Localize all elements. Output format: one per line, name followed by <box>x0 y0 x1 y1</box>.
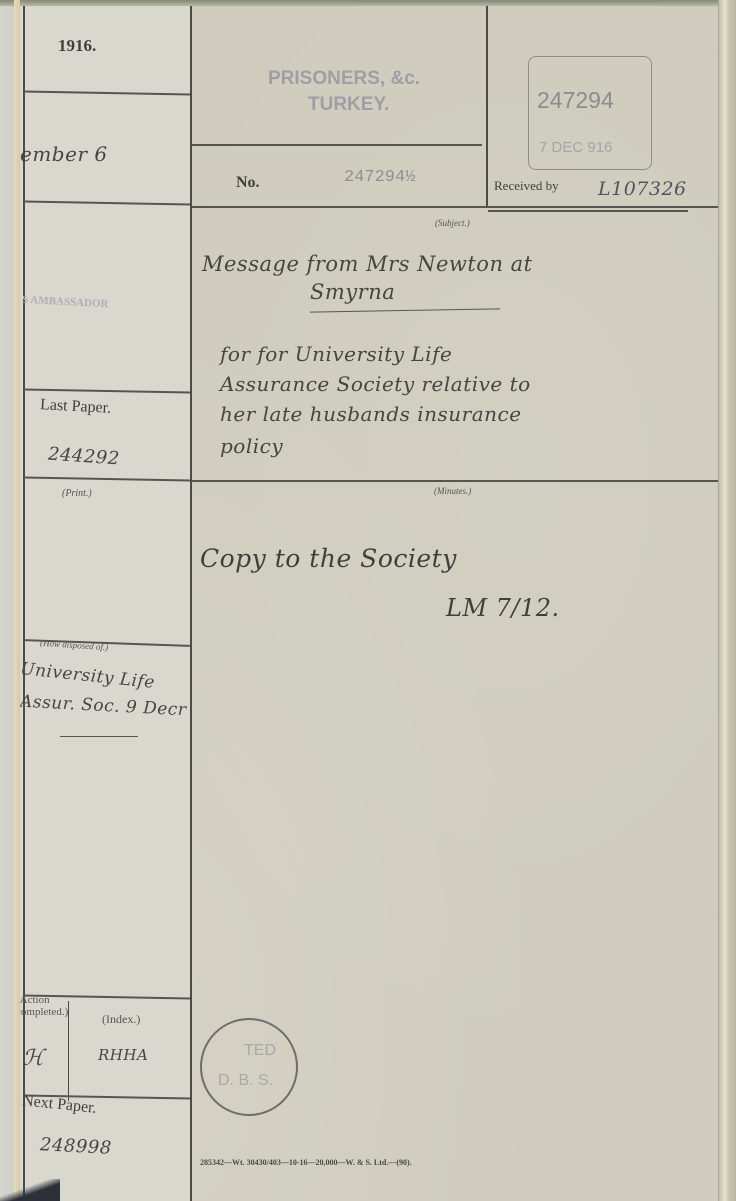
index-label: (Index.) <box>102 1012 140 1027</box>
subject-line-3: for for University Life <box>220 342 452 366</box>
received-by-value: L107326 <box>598 178 687 200</box>
minutes-top-rule <box>192 480 718 482</box>
left-margin-rule <box>23 6 25 1201</box>
subject-label: (Subject.) <box>435 218 470 228</box>
disposed-underline <box>60 736 138 737</box>
last-paper-label: Last Paper. <box>40 396 112 418</box>
action-completed-label: (Action completed.) <box>16 994 66 1018</box>
subject-underline <box>310 308 500 313</box>
action-index-divider <box>68 1001 69 1101</box>
print-label: (Print.) <box>62 488 92 499</box>
date-handwritten: ember 6 <box>20 142 108 166</box>
round-stamp-line2: D. B. S. <box>218 1072 273 1090</box>
subject-line-6: policy <box>220 434 283 458</box>
received-by-label: Received by <box>494 178 559 194</box>
number-value: 247294½ <box>344 168 415 187</box>
subject-line-2: Smyrna <box>310 280 395 304</box>
bottom-corner-shadow <box>0 1179 60 1201</box>
received-by-underline <box>488 210 688 212</box>
action-completed-initials: ℋ <box>22 1046 44 1071</box>
prisoners-stamp-line1: PRISONERS, &c. <box>268 68 420 90</box>
registry-form-sheet: 1916. ember 6 S AMBASSADOR Last Paper. 2… <box>20 6 718 1201</box>
right-page-edges <box>718 0 736 1201</box>
registry-date-stamp: 247294 7 DEC 916 <box>528 56 652 170</box>
subject-top-rule <box>192 206 718 208</box>
subject-line-1: Message from Mrs Newton at <box>202 252 533 276</box>
stamp-divider <box>192 144 482 146</box>
left-column-rule <box>190 6 192 1201</box>
year-label: 1916. <box>58 36 96 56</box>
binding-strip <box>14 0 20 1201</box>
minutes-label: (Minutes.) <box>434 486 471 496</box>
number-label: No. <box>236 174 260 192</box>
subject-line-4: Assurance Society relative to <box>220 372 531 396</box>
registry-stamp-date: 7 DEC 916 <box>539 139 612 156</box>
minutes-line-2: LM 7/12. <box>446 594 560 622</box>
round-stamp-line1: TED <box>244 1042 276 1060</box>
index-value: RHHA <box>98 1046 148 1064</box>
minutes-line-1: Copy to the Society <box>200 544 457 573</box>
subject-line-5: her late husbands insurance <box>220 402 522 426</box>
round-dbs-stamp: TED D. B. S. <box>200 1018 298 1116</box>
next-paper-value: 248998 <box>39 1134 112 1159</box>
printer-imprint: 285342—Wt. 30430/403—10-16—20,000—W. & S… <box>200 1158 412 1167</box>
header-divider-rule <box>486 6 488 206</box>
registry-stamp-number: 247294 <box>537 87 614 114</box>
prisoners-stamp-line2: TURKEY. <box>308 94 389 116</box>
